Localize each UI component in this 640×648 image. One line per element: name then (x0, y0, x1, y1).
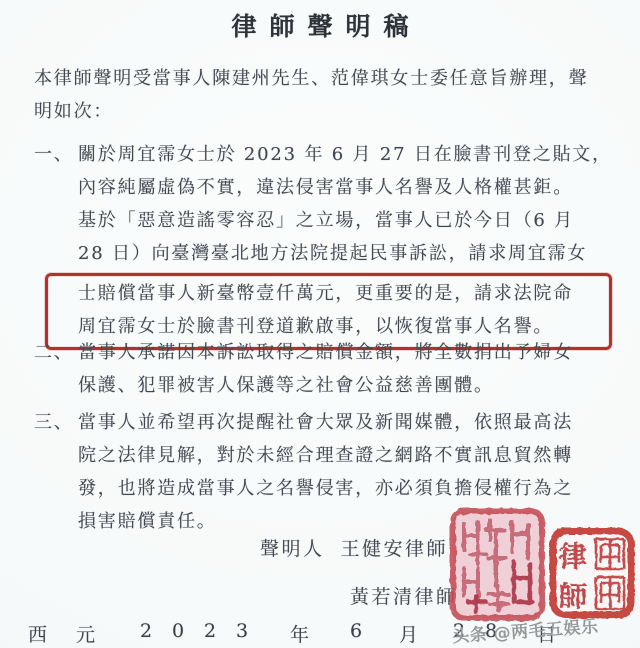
date-char: 2 (140, 620, 152, 642)
item-line: 當事人承諾因本訴訟取得之賠償金額，將全數捐出予婦女 (78, 336, 604, 369)
intro-line: 明如次： (34, 95, 588, 128)
item-line: 發，也將造成當事人之名譽侵害，亦必須負擔侵權行為之 (78, 472, 604, 505)
signature-block: 聲明人 王健安律師 黃若清律師 (260, 534, 458, 609)
item-line: 基於「惡意造謠零容忍」之立場，當事人已於今日（6 月 (78, 204, 604, 237)
lawyer-seal-icon: 律 師 (548, 526, 636, 621)
date-char: 3 (236, 620, 248, 642)
date-char: 6 (350, 620, 362, 642)
date-char: 西 (28, 620, 47, 647)
declarant-label: 聲明人 (260, 534, 325, 561)
intro-paragraph: 本律師聲明受當事人陳建州先生、范偉琪女士委任意旨辦理，聲 明如次： (34, 62, 588, 128)
item-line: 當事人並希望再次提醒社會大眾及新聞媒體，依照最高法 (78, 406, 604, 439)
item-line: 關於周宜霈女士於 2023 年 6 月 27 日在臉書刊登之貼文， (78, 138, 604, 171)
item-line: 院之法律見解，對於未經合理查證之網路不實訊息貿然轉 (78, 439, 604, 472)
lawyer-name-1: 王健安律師 (341, 534, 449, 561)
item-marker: 三、 (34, 406, 78, 538)
seal-char: 師 (559, 580, 587, 613)
date-char: 月 (399, 620, 418, 647)
item-line: 保護、犯罪被害人保護等之社會公益慈善團體。 (78, 369, 604, 402)
boxed-line: 士賠償當事人新臺幣壹仟萬元，更重要的是，請求法院命 (78, 277, 603, 310)
item-content: 關於周宜霈女士於 2023 年 6 月 27 日在臉書刊登之貼文， 內容純屬虛偽… (78, 138, 604, 350)
red-square-seal-large-icon (448, 506, 547, 623)
page-title: 律師聲明稿 (0, 7, 640, 43)
date-char: 元 (76, 620, 95, 647)
date-char: 2 (204, 620, 216, 642)
item-line: 28 日）向臺灣臺北地方法院提起民事訴訟，請求周宜霈女 (78, 237, 604, 270)
date-char: 0 (172, 620, 184, 642)
date-char: 年 (290, 620, 309, 647)
seal-char: 律 (559, 540, 587, 573)
item-marker: 二、 (34, 336, 78, 402)
scanned-legal-statement: 律師聲明稿 本律師聲明受當事人陳建州先生、范偉琪女士委任意旨辦理，聲 明如次： … (0, 0, 640, 648)
intro-line: 本律師聲明受當事人陳建州先生、范偉琪女士委任意旨辦理，聲 (34, 62, 588, 95)
item-line: 內容純屬虛偽不實，違法侵害當事人名譽及人格權甚鉅。 (78, 171, 604, 204)
lawyer-name-2: 黃若清律師 (350, 586, 458, 608)
statement-item-2: 二、 當事人承諾因本訴訟取得之賠償金額，將全數捐出予婦女 保護、犯罪被害人保護等… (34, 336, 604, 402)
item-content: 當事人承諾因本訴訟取得之賠償金額，將全數捐出予婦女 保護、犯罪被害人保護等之社會… (78, 336, 604, 402)
statement-item-1: 一、 關於周宜霈女士於 2023 年 6 月 27 日在臉書刊登之貼文， 內容純… (34, 138, 604, 350)
